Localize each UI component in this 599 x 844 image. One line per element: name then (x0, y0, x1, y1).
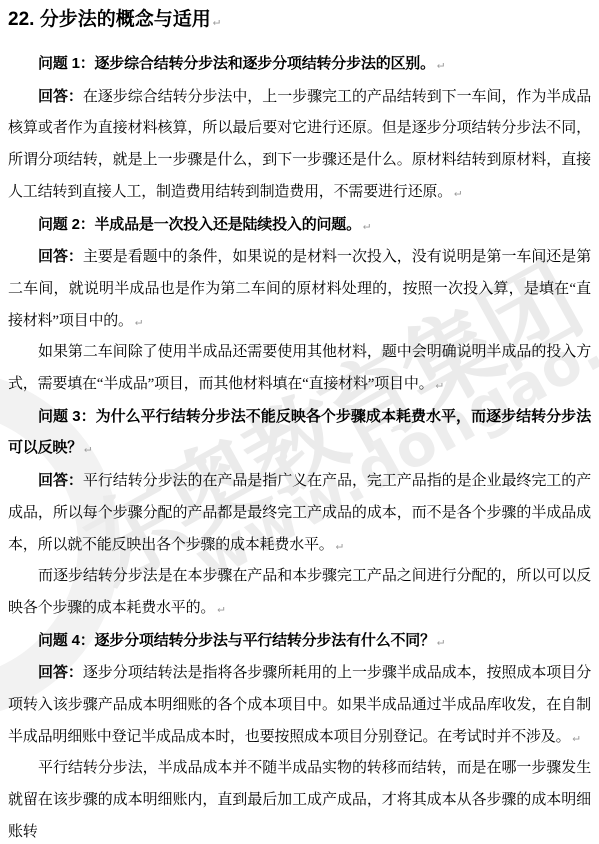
answer-2: 回答：主要是看题中的条件，如果说的是材料一次投入，没有说明是第一车间还是第二车间… (8, 241, 591, 337)
paragraph-mark: ↵ (336, 538, 343, 552)
section-title: 22. 分步法的概念与适用↵ (8, 6, 591, 35)
answer-3: 回答：平行结转分步法的在产品是指广义在产品，完工产品指的是企业最终完工的产成品，… (8, 465, 591, 561)
answer-4: 回答：逐步分项结转法是指将各步骤所耗用的上一步骤半成品成本，按照成本项目分项转入… (8, 657, 591, 753)
question-3: 问题 3：为什么平行结转分步法不能反映各个步骤成本耗费水平，而逐步结转分步法可以… (8, 401, 591, 465)
paragraph-mark: ↵ (217, 601, 224, 615)
answer-2-continued: 如果第二车间除了使用半成品还需要使用其他材料，题中会明确说明半成品的投入方式，需… (8, 337, 591, 400)
paragraph-mark: ↵ (363, 218, 370, 232)
answer-label: 回答： (38, 248, 83, 265)
question-1: 问题 1：逐步综合结转分步法和逐步分项结转分步法的区别。↵ (8, 48, 591, 81)
document-page: 东奥教育集团 www.dongao.com 22. 分步法的概念与适用↵ 问题 … (0, 0, 599, 844)
question-2: 问题 2：半成品是一次投入还是陆续投入的问题。↵ (8, 209, 591, 242)
question-4: 问题 4：逐步分项结转分步法与平行结转分步法有什么不同？↵ (8, 625, 591, 658)
answer-4-text: 逐步分项结转法是指将各步骤所耗用的上一步骤半成品成本，按照成本项目分项转入该步骤… (8, 665, 591, 744)
answer-label: 回答： (38, 664, 83, 681)
question-4-text: 问题 4：逐步分项结转分步法与平行结转分步法有什么不同？ (38, 632, 435, 649)
paragraph-mark: ↵ (135, 314, 142, 328)
paragraph-mark: ↵ (437, 57, 444, 71)
paragraph-mark: ↵ (437, 634, 444, 648)
answer-1: 回答：在逐步综合结转分步法中，上一步骤完工的产品结转到下一车间，作为半成品核算或… (8, 81, 591, 209)
answer-label: 回答： (38, 88, 83, 105)
question-1-text: 问题 1：逐步综合结转分步法和逐步分项结转分步法的区别。 (38, 55, 435, 72)
answer-label: 回答： (38, 472, 83, 489)
paragraph-mark: ↵ (84, 441, 91, 455)
answer-3-continued-text: 而逐步结转分步法是在本步骤在产品和本步骤完工产品之间进行分配的，所以可以反映各个… (8, 568, 591, 616)
answer-2-text: 主要是看题中的条件，如果说的是材料一次投入，没有说明是第一车间还是第二车间，就说… (8, 249, 591, 328)
paragraph-mark: ↵ (454, 185, 461, 199)
section-title-text: 22. 分步法的概念与适用 (8, 9, 211, 30)
paragraph-mark: ↵ (572, 730, 579, 744)
paragraph-mark: ↵ (213, 14, 220, 28)
question-3-text: 问题 3：为什么平行结转分步法不能反映各个步骤成本耗费水平，而逐步结转分步法可以… (8, 408, 591, 457)
paragraph-mark: ↵ (435, 377, 442, 391)
question-2-text: 问题 2：半成品是一次投入还是陆续投入的问题。 (38, 216, 361, 233)
answer-4-continued-text: 平行结转分步法，半成品成本并不随半成品实物的转移而结转，而是在哪一步骤发生就留在… (8, 760, 591, 839)
answer-3-continued: 而逐步结转分步法是在本步骤在产品和本步骤完工产品之间进行分配的，所以可以反映各个… (8, 561, 591, 624)
answer-3-text: 平行结转分步法的在产品是指广义在产品，完工产品指的是企业最终完工的产成品，所以每… (8, 473, 591, 552)
answer-2-continued-text: 如果第二车间除了使用半成品还需要使用其他材料，题中会明确说明半成品的投入方式，需… (8, 344, 591, 392)
answer-1-text: 在逐步综合结转分步法中，上一步骤完工的产品结转到下一车间，作为半成品核算或者作为… (8, 89, 591, 200)
document-content: 22. 分步法的概念与适用↵ 问题 1：逐步综合结转分步法和逐步分项结转分步法的… (0, 0, 599, 844)
answer-4-continued: 平行结转分步法，半成品成本并不随半成品实物的转移而结转，而是在哪一步骤发生就留在… (8, 753, 591, 844)
